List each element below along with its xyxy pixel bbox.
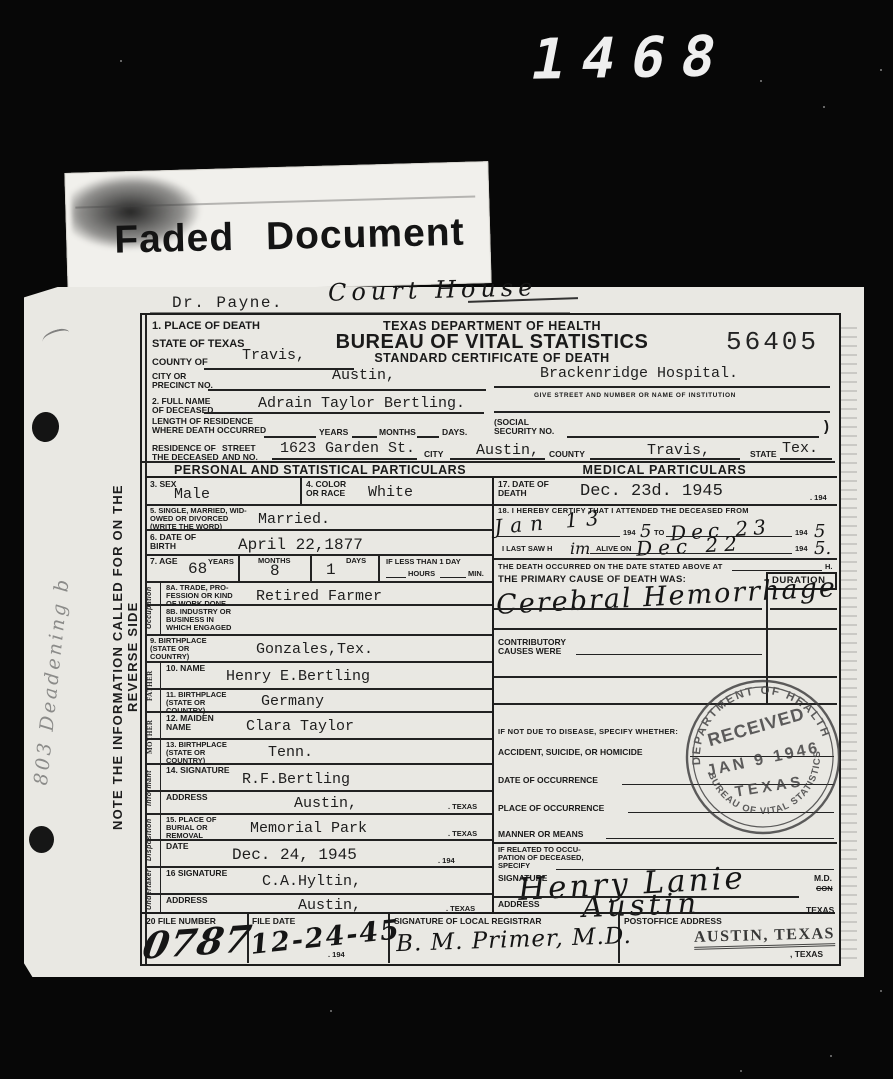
blank	[496, 536, 620, 537]
age-label: 7. AGE	[150, 557, 178, 567]
undertaker-group-label: Undertaker	[146, 866, 153, 914]
physician-md: M.D.	[814, 874, 832, 884]
res-state-underline	[780, 458, 832, 460]
burial-date-value: Dec. 24, 1945	[232, 846, 357, 864]
death-date-label2: DEATH	[498, 489, 527, 499]
postoffice-label: POSTOFFICE ADDRESS	[624, 917, 722, 927]
street-underline	[272, 458, 417, 460]
occurred-h: H.	[825, 563, 833, 572]
age-months-value: 8	[270, 562, 280, 580]
age-days-label: DAYS	[346, 557, 366, 566]
certify-y1: 194	[623, 529, 636, 538]
age-years-label: YEARS	[208, 558, 234, 567]
if-not-due-label: IF NOT DUE TO DISEASE, SPECIFY WHETHER:	[498, 728, 678, 737]
dr-payne-note: Dr. Payne.	[172, 294, 283, 312]
county-value: Travis,	[242, 347, 305, 364]
informant-group-label: Informant	[146, 763, 153, 813]
res-city-underline	[450, 458, 545, 460]
ssn-label2: SECURITY NO.	[494, 427, 554, 437]
city-value: Austin,	[332, 367, 395, 384]
years-blank	[264, 436, 316, 438]
county-of-label: COUNTY OF	[152, 358, 208, 369]
marital-value: Married.	[258, 511, 330, 528]
postoffice-stamp: AUSTIN, TEXAS	[694, 925, 836, 950]
institution-value: Brackenridge Hospital.	[540, 365, 738, 382]
rule	[146, 554, 492, 556]
maiden-label2: NAME	[166, 723, 191, 733]
trade-value: Retired Farmer	[256, 588, 382, 605]
certify-y2: 194	[795, 529, 808, 538]
birth-value: April 22,1877	[238, 536, 363, 554]
death-date-value: Dec. 23d. 1945	[580, 482, 723, 501]
full-name-underline-left	[204, 412, 484, 414]
marital-label3: (WRITE THE WORD)	[150, 523, 222, 532]
registrar-signature-hw: B. M. Primer, M.D.	[396, 923, 633, 957]
occupation-group-strip: Occupation	[146, 581, 161, 634]
divider	[238, 554, 240, 581]
ssn-blank	[567, 436, 819, 438]
last-saw-hw: Dec 22	[635, 531, 743, 561]
divider	[300, 478, 302, 504]
full-name-label2: OF DECEASED	[152, 406, 213, 416]
undertaker-sig-value: C.A.Hyltin,	[262, 873, 361, 890]
rule	[494, 628, 837, 630]
res-city-label: CITY	[424, 450, 443, 460]
res-city-value: Austin,	[476, 442, 539, 459]
rule	[494, 842, 837, 844]
res-county-underline	[590, 458, 740, 460]
undertaker-group-strip: Undertaker	[146, 866, 161, 914]
father-name-label: 10. NAME	[166, 664, 205, 674]
rule	[494, 608, 762, 610]
physician-con: CON	[816, 885, 833, 894]
occurred-label: THE DEATH OCCURRED ON THE DATE STATED AB…	[498, 563, 723, 572]
accident-label: ACCIDENT, SUICIDE, OR HOMICIDE	[498, 748, 643, 758]
institution-caption: GIVE STREET AND NUMBER OR NAME OF INSTIT…	[534, 392, 736, 399]
mother-bp-value: Tenn.	[268, 744, 313, 761]
received-stamp: DEPARTMENT OF HEALTH BUREAU OF VITAL STA…	[678, 672, 848, 842]
standard-cert-header: STANDARD CERTIFICATE OF DEATH	[312, 351, 672, 365]
footer-texas: , TEXAS	[790, 950, 823, 960]
death-date-printed: . 194	[810, 494, 827, 503]
burial-state: . TEXAS	[448, 830, 477, 839]
color-value: White	[368, 484, 413, 501]
personal-column: 3. SEX Male 4. COLOR OR RACE White 5. SI…	[146, 476, 492, 914]
burial-value: Memorial Park	[250, 820, 367, 837]
days-blank	[417, 436, 439, 438]
father-group-strip: FATHER	[146, 661, 161, 711]
related-label3: SPECIFY	[498, 862, 530, 871]
reverse-side-note: NOTE THE INFORMATION CALLED FOR ON THE R…	[110, 448, 132, 866]
court-house-handwriting: Court House	[328, 273, 538, 306]
informant-group-strip: Informant	[146, 763, 161, 813]
place-occurrence-label: PLACE OF OCCURRENCE	[498, 804, 604, 814]
birth-label2: BIRTH	[150, 542, 176, 552]
registrar-label: SIGNATURE OF LOCAL REGISTRAR	[394, 917, 542, 927]
scanner-counter-digits: 1468	[525, 24, 737, 92]
birthplace-label3: COUNTRY)	[150, 653, 189, 662]
years-label: YEARS	[319, 428, 348, 438]
state-of-texas-label: STATE OF TEXAS	[152, 338, 245, 351]
contributory-label2: CAUSES WERE	[498, 647, 561, 657]
min-label: MIN.	[468, 570, 484, 579]
age-value: 68	[188, 560, 207, 578]
birthplace-value: Gonzales,Tex.	[256, 641, 373, 658]
res-state-value: Tex.	[782, 440, 818, 457]
rule	[494, 558, 837, 560]
mother-group-label: MOTHER	[146, 711, 154, 763]
disposition-group-label: Disposition	[146, 813, 153, 866]
faded-document-label: Faded Document	[114, 211, 465, 263]
file-number-hw: 0787	[139, 916, 255, 967]
industry-label3: WHICH ENGAGED	[166, 624, 231, 633]
manner-label: MANNER OR MEANS	[498, 830, 583, 840]
informant-addr-label: ADDRESS	[166, 793, 208, 803]
faded-document-slip: Faded Document	[64, 161, 491, 295]
footer-row: 20 FILE NUMBER 0787 FILE DATE 12-24-45 .…	[142, 912, 835, 963]
full-name-underline-right	[494, 411, 830, 413]
res-state-label: STATE	[750, 450, 777, 460]
father-group-label: FATHER	[146, 661, 154, 711]
file-date-printed: . 194	[328, 951, 345, 960]
months-blank	[352, 436, 377, 438]
certificate-number: 56405	[726, 327, 819, 357]
blank	[590, 553, 792, 554]
undertaker-addr-label: ADDRESS	[166, 896, 208, 906]
disposition-group-strip: Disposition	[146, 813, 161, 866]
father-bp-value: Germany	[261, 693, 324, 710]
sex-value: Male	[174, 486, 210, 503]
burial-date-printed: . 194	[438, 857, 455, 866]
street-value: 1623 Garden St.	[280, 440, 415, 457]
months-label: MONTHS	[379, 428, 416, 438]
burial-date-label: DATE	[166, 842, 189, 852]
certify-y3: 194	[795, 545, 808, 554]
full-name-value: Adrain Taylor Bertling.	[258, 395, 465, 412]
blank	[576, 654, 762, 655]
physician-addr-label: ADDRESS	[498, 900, 540, 910]
maiden-value: Clara Taylor	[246, 718, 354, 735]
less-than-day-label: IF LESS THAN 1 DAY	[386, 558, 461, 567]
ssn-paren: )	[824, 418, 829, 435]
informant-sig-value: R.F.Bertling	[242, 771, 350, 788]
residence-length-label2: WHERE DEATH OCCURRED	[152, 426, 266, 436]
res-county-label: COUNTY	[549, 450, 585, 460]
undertaker-sig-label: 16 SIGNATURE	[166, 869, 227, 879]
informant-sig-label: 14. SIGNATURE	[166, 766, 230, 776]
rule	[770, 608, 837, 610]
institution-underline	[494, 386, 830, 388]
color-label2: OR RACE	[306, 489, 345, 499]
precinct-no-label: PRECINCT NO.	[152, 381, 213, 391]
date-occurrence-label: DATE OF OCCURRENCE	[498, 776, 598, 786]
burial-label3: REMOVAL	[166, 832, 203, 841]
mother-group-strip: MOTHER	[146, 711, 161, 763]
hole-punch-bottom	[29, 826, 54, 853]
blank	[440, 577, 466, 578]
occupation-group-label: Occupation	[146, 581, 153, 634]
divider	[310, 554, 312, 581]
last-saw-label1: I LAST SAW H	[502, 545, 552, 554]
informant-addr-value: Austin,	[294, 795, 357, 812]
res-county-value: Travis,	[647, 442, 710, 459]
informant-addr-state: . TEXAS	[448, 803, 477, 812]
certify-y3-hw: 5.	[814, 538, 831, 559]
hours-label: HOURS	[408, 570, 435, 579]
city-underline	[208, 389, 486, 391]
blank	[386, 577, 406, 578]
place-of-death-label: 1. PLACE OF DEATH	[152, 320, 260, 333]
certificate-form: 1. PLACE OF DEATH STATE OF TEXAS COUNTY …	[140, 313, 841, 966]
scanned-document-view: 1468 Faded Document NOTE THE INFORMATION…	[0, 0, 893, 1079]
days-label: DAYS.	[442, 428, 467, 438]
scan-noise	[120, 60, 122, 62]
him-hw: im	[570, 539, 590, 558]
divider	[378, 554, 380, 581]
sex-label: 3. SEX	[150, 480, 176, 490]
age-days-value: 1	[326, 561, 336, 579]
paper-right-edge	[841, 320, 857, 960]
father-name-value: Henry E.Bertling	[226, 668, 370, 685]
